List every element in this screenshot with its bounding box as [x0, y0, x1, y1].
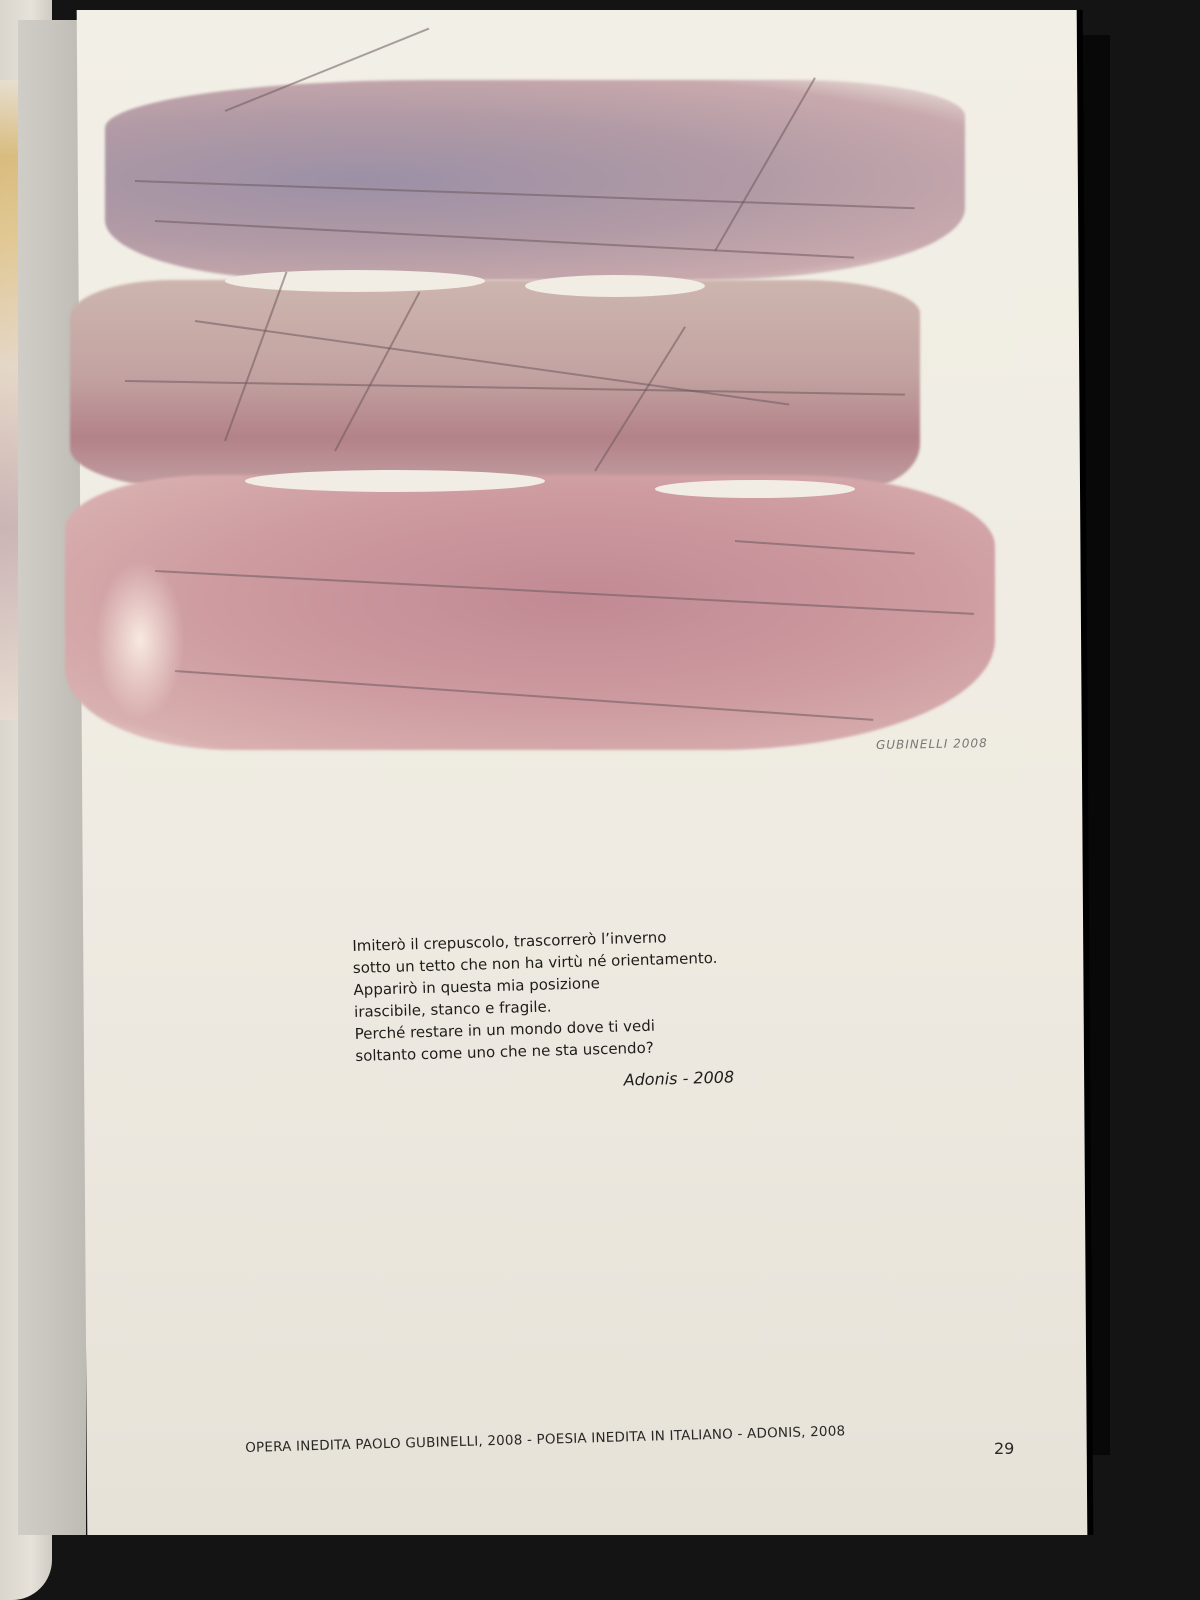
- artwork-band-middle: [70, 280, 920, 490]
- artwork-gap: [225, 270, 485, 292]
- artwork-gap: [245, 470, 545, 492]
- light-glare: [95, 560, 185, 720]
- artwork-band-bottom: [65, 475, 995, 750]
- poem-block: Imiterò il crepuscolo, trascorrerò l’inv…: [352, 924, 756, 1099]
- artwork-gap: [525, 275, 705, 297]
- artwork-band-top: [105, 80, 965, 280]
- watercolor-artwork: [95, 70, 1015, 760]
- book-spine-shadow: [18, 20, 86, 1535]
- page-number: 29: [994, 1439, 1014, 1458]
- artist-signature: GUBINELLI 2008: [876, 736, 988, 752]
- artwork-gap: [655, 480, 855, 498]
